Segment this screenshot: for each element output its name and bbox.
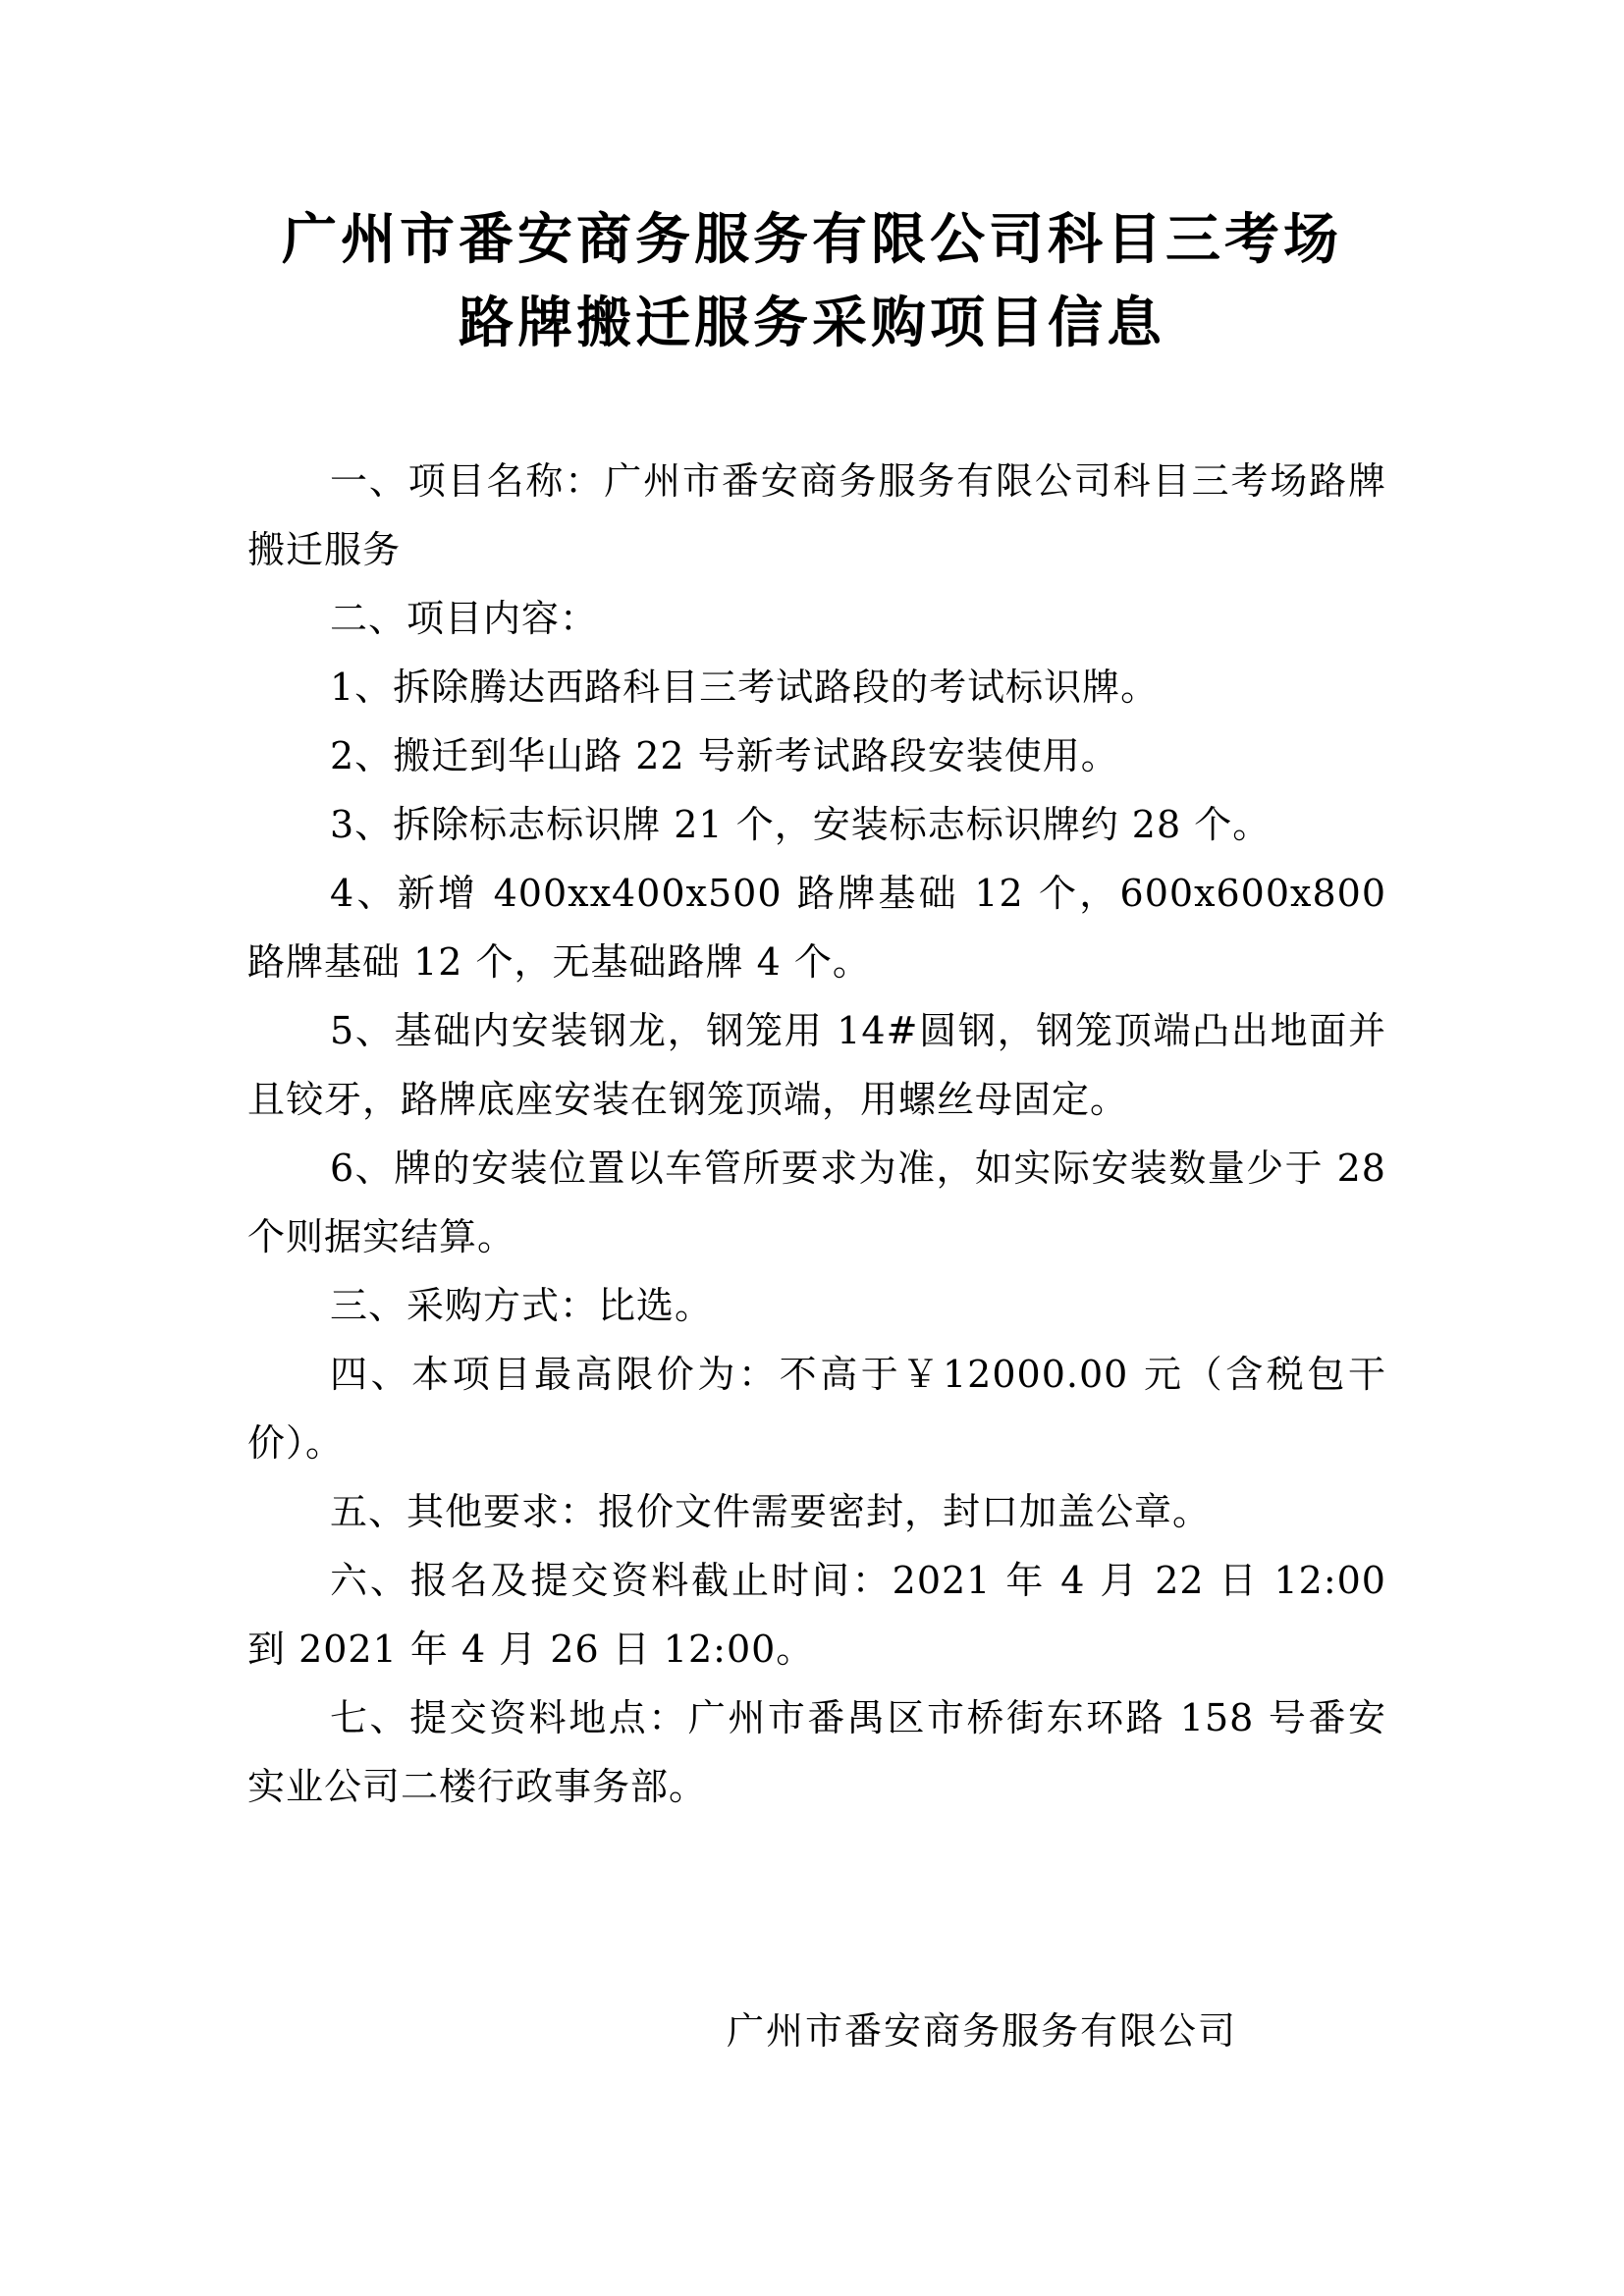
section-other-requirements: 五、其他要求：报价文件需要密封，封口加盖公章。 xyxy=(247,1477,1386,1546)
content-item-1: 1、拆除腾达西路科目三考试路段的考试标识牌。 xyxy=(247,653,1386,721)
content-item-3: 3、拆除标志标识牌 21 个，安装标志标识牌约 28 个。 xyxy=(247,790,1386,859)
signature-company: 广州市番安商务服务有限公司 xyxy=(727,2001,1237,2055)
section-project-content-heading: 二、项目内容： xyxy=(247,584,1386,653)
section-procurement-method: 三、采购方式：比选。 xyxy=(247,1271,1386,1340)
content-item-6: 6、牌的安装位置以车管所要求为准，如实际安装数量少于 28 个则据实结算。 xyxy=(247,1134,1386,1271)
section-submission-location: 七、提交资料地点：广州市番禺区市桥街东环路 158 号番安实业公司二楼行政事务部… xyxy=(247,1683,1386,1821)
section-deadline: 六、报名及提交资料截止时间：2021 年 4 月 22 日 12:00 到 20… xyxy=(247,1546,1386,1683)
document-title-line-2: 路牌搬迁服务采购项目信息 xyxy=(0,285,1624,363)
section-project-name: 一、项目名称：广州市番安商务服务有限公司科目三考场路牌搬迁服务 xyxy=(247,447,1386,584)
content-item-5: 5、基础内安装钢龙，钢笼用 14#圆钢，钢笼顶端凸出地面并且铰牙，路牌底座安装在… xyxy=(247,996,1386,1134)
section-price-cap: 四、本项目最高限价为：不高于￥12000.00 元（含税包干价）。 xyxy=(247,1340,1386,1477)
content-item-4: 4、新增 400xx400x500 路牌基础 12 个，600x600x800 … xyxy=(247,859,1386,996)
content-item-2: 2、搬迁到华山路 22 号新考试路段安装使用。 xyxy=(247,721,1386,790)
document-body: 一、项目名称：广州市番安商务服务有限公司科目三考场路牌搬迁服务 二、项目内容： … xyxy=(247,447,1386,1821)
document-page: 广州市番安商务服务有限公司科目三考场 路牌搬迁服务采购项目信息 一、项目名称：广… xyxy=(0,0,1624,2296)
document-title-line-1: 广州市番安商务服务有限公司科目三考场 xyxy=(0,201,1624,280)
